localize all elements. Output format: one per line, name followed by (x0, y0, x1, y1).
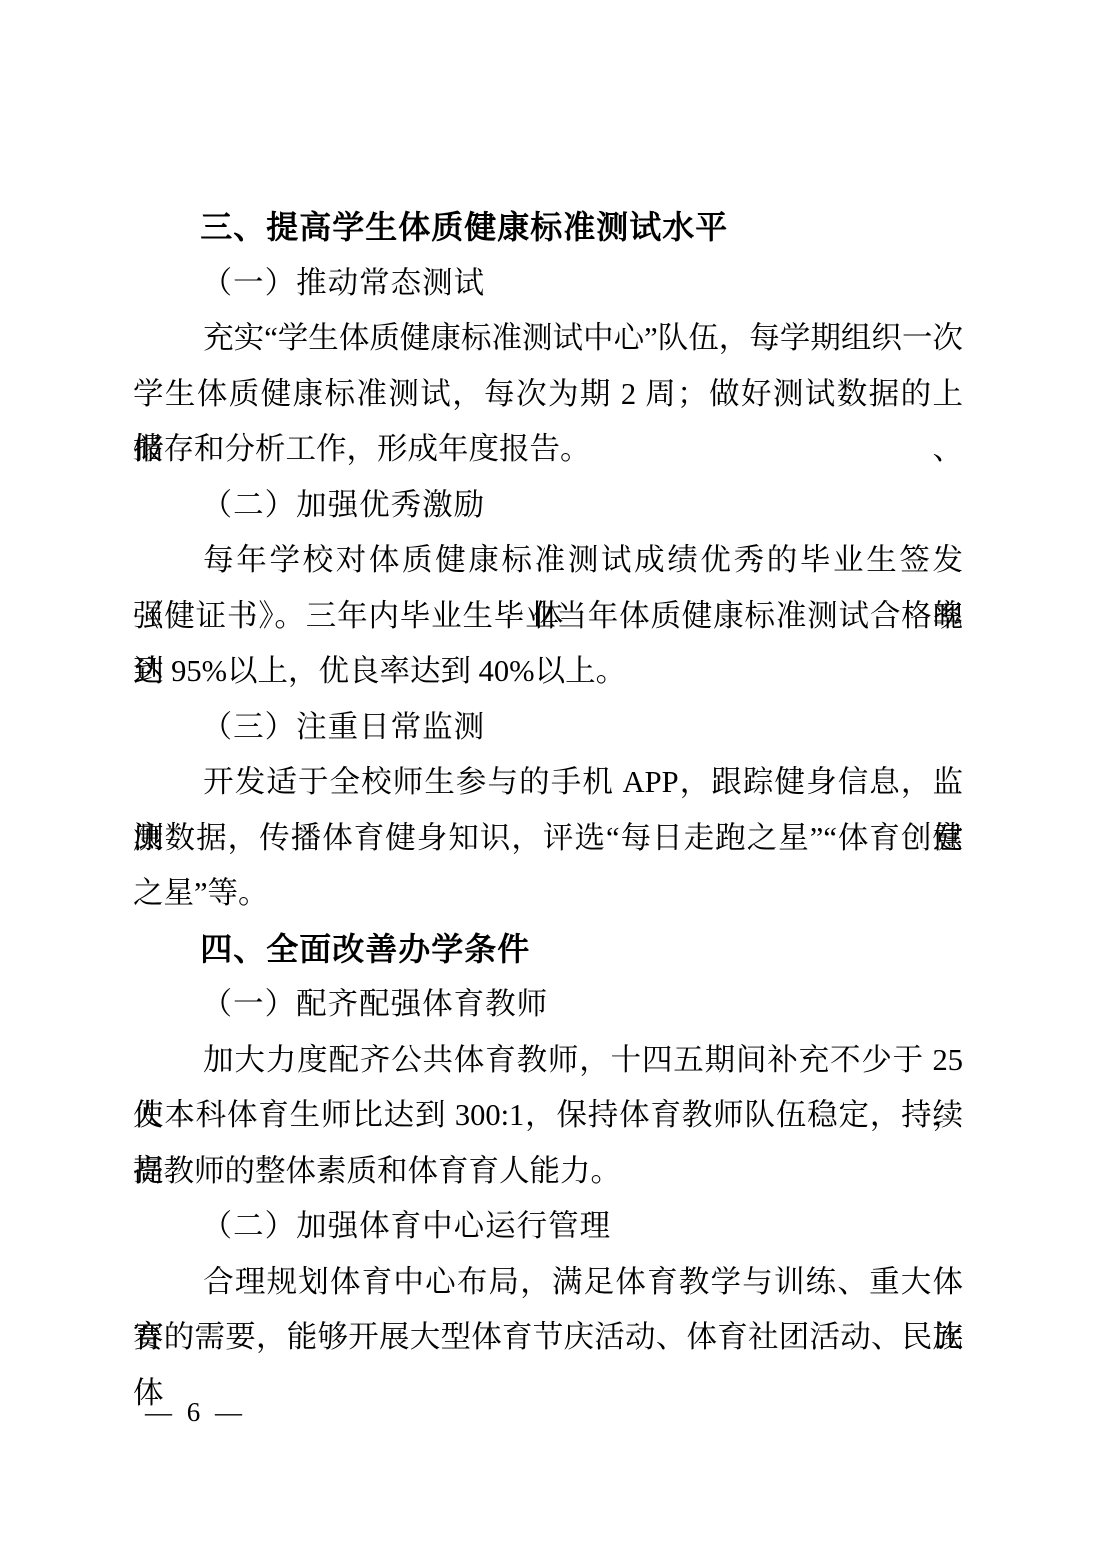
body-line: 学生体质健康标准测试，每次为期 2 周；做好测试数据的上报、 (133, 367, 963, 423)
document-body: 三、提高学生体质健康标准测试水平 （一）推动常态测试 充实“学生体质健康标准测试… (133, 200, 963, 1366)
subsection-4-2-heading: （二）加强体育中心运行管理 (133, 1199, 963, 1255)
body-line: 赛的需要，能够开展大型体育节庆活动、体育社团活动、民族体 (133, 1310, 963, 1366)
body-line: 高教师的整体素质和体育育人能力。 (133, 1144, 963, 1200)
section-3-heading: 三、提高学生体质健康标准测试水平 (133, 200, 963, 256)
subsection-4-1-heading: （一）配齐配强体育教师 (133, 977, 963, 1033)
subsection-3-2-heading: （二）加强优秀激励 (133, 478, 963, 534)
body-line: 强健证书》。三年内毕业生毕业当年体质健康标准测试合格率达 (133, 589, 963, 645)
body-line: 到 95%以上，优良率达到 40%以上。 (133, 644, 963, 700)
body-line: 每年学校对体质健康标准测试成绩优秀的毕业生签发《体魄 (133, 533, 963, 589)
page-number: — 6 — (145, 1396, 242, 1428)
subsection-3-1-heading: （一）推动常态测试 (133, 256, 963, 312)
body-line: 之星”等。 (133, 866, 963, 922)
body-line: 开发适于全校师生参与的手机 APP，跟踪健身信息，监测健 (133, 755, 963, 811)
document-page: 三、提高学生体质健康标准测试水平 （一）推动常态测试 充实“学生体质健康标准测试… (0, 0, 1102, 1559)
body-line: 康数据，传播体育健身知识，评选“每日走跑之星”“体育创意 (133, 811, 963, 867)
section-4-heading: 四、全面改善办学条件 (133, 922, 963, 978)
body-line: 充实“学生体质健康标准测试中心”队伍，每学期组织一次 (133, 311, 963, 367)
body-line: 加大力度配齐公共体育教师，十四五期间补充不少于 25 人， (133, 1033, 963, 1089)
subsection-3-3-heading: （三）注重日常监测 (133, 700, 963, 756)
body-line: 使本科体育生师比达到 300:1，保持体育教师队伍稳定，持续提 (133, 1088, 963, 1144)
body-line: 合理规划体育中心布局，满足体育教学与训练、重大体育比 (133, 1255, 963, 1311)
